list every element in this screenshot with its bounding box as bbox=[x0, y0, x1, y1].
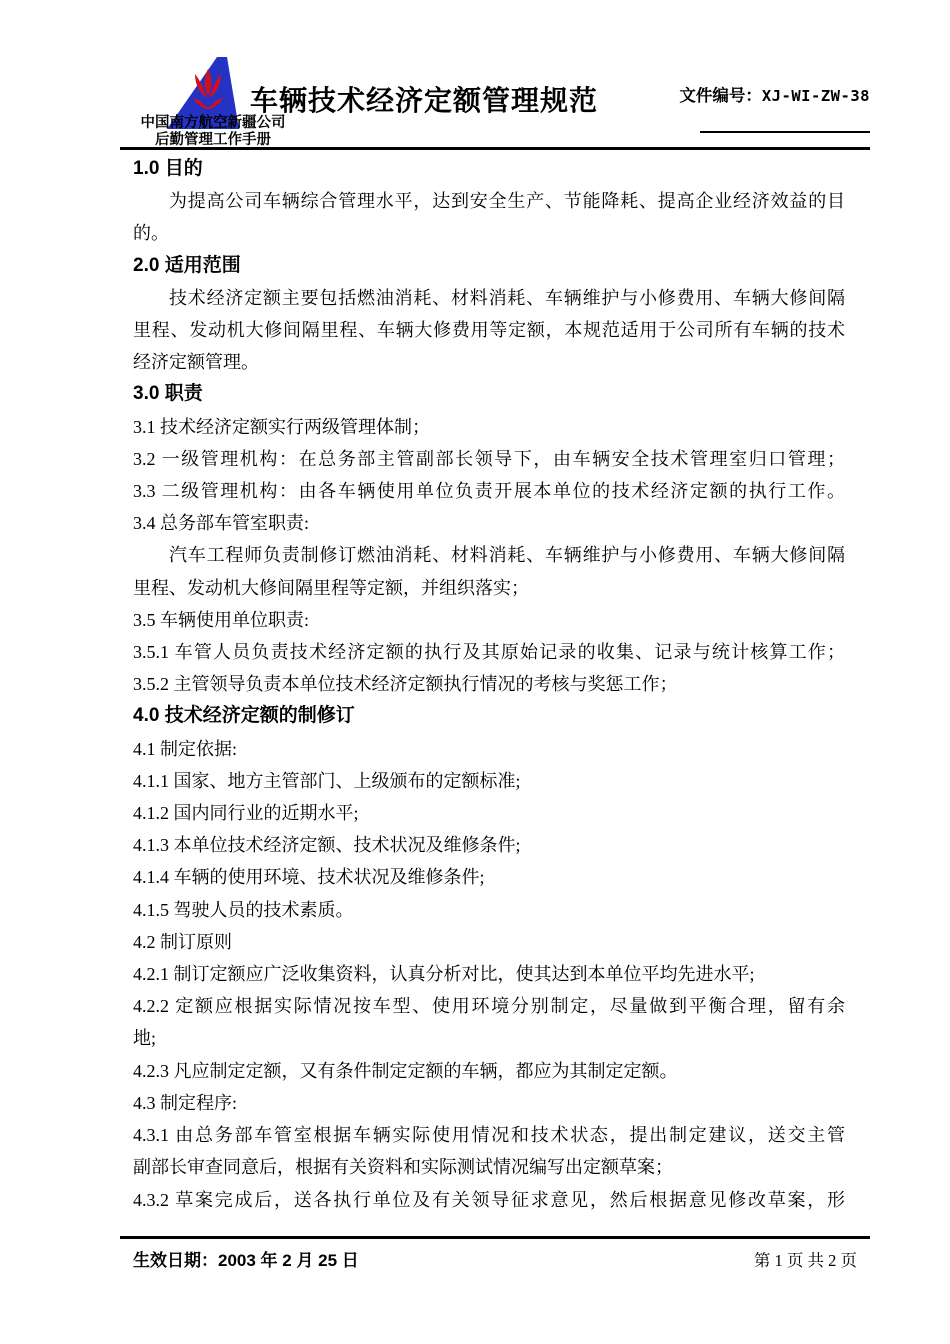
content-line: 经济定额管理。 bbox=[133, 346, 845, 378]
content-line: 4.1.3 本单位技术经济定额、技术状况及维修条件; bbox=[133, 829, 845, 861]
content-line: 汽车工程师负责制修订燃油消耗、材料消耗、车辆维护与小修费用、车辆大修间隔 bbox=[133, 539, 845, 571]
page-number: 第 1 页 共 2 页 bbox=[754, 1247, 857, 1271]
doc-number: 文件编号：XJ-WI-ZW-38 bbox=[679, 82, 870, 106]
effective-date-label: 生效日期： bbox=[133, 1251, 218, 1270]
content-line: 4.3.1 由总务部车管室根据车辆实际使用情况和技术状态，提出制定建议，送交主管 bbox=[133, 1119, 845, 1151]
section-heading: 4.0 技术经济定额的制修订 bbox=[133, 700, 845, 732]
doc-number-underline bbox=[700, 131, 870, 133]
doc-number-code: XJ-WI-ZW-38 bbox=[762, 87, 870, 105]
section-heading: 1.0 目的 bbox=[133, 153, 845, 185]
content-line: 技术经济定额主要包括燃油消耗、材料消耗、车辆维护与小修费用、车辆大修间隔 bbox=[133, 282, 845, 314]
document-body: 1.0 目的为提高公司车辆综合管理水平，达到安全生产、节能降耗、提高企业经济效益… bbox=[133, 153, 845, 1216]
content-line: 4.2.2 定额应根据实际情况按车型、使用环境分别制定，尽量做到平衡合理，留有余 bbox=[133, 990, 845, 1022]
content-line: 3.3 二级管理机构：由各车辆使用单位负责开展本单位的技术经济定额的执行工作。 bbox=[133, 475, 845, 507]
content-line: 里程、发动机大修间隔里程等定额，并组织落实； bbox=[133, 572, 845, 604]
content-line: 4.1.1 国家、地方主管部门、上级颁布的定额标准; bbox=[133, 765, 845, 797]
document-title: 车辆技术经济定额管理规范 bbox=[250, 79, 580, 119]
content-line: 3.5.2 主管领导负责本单位技术经济定额执行情况的考核与奖惩工作； bbox=[133, 668, 845, 700]
content-line: 3.2 一级管理机构：在总务部主管副部长领导下，由车辆安全技术管理室归口管理； bbox=[133, 443, 845, 475]
content-line: 副部长审查同意后，根据有关资料和实际测试情况编写出定额草案； bbox=[133, 1151, 845, 1183]
header-divider-line bbox=[120, 147, 870, 150]
content-line: 3.5.1 车管人员负责技术经济定额的执行及其原始记录的收集、记录与统计核算工作… bbox=[133, 636, 845, 668]
doc-number-label: 文件编号： bbox=[679, 87, 762, 105]
effective-date: 生效日期：2003 年 2 月 25 日 bbox=[133, 1246, 359, 1271]
section-heading: 3.0 职责 bbox=[133, 378, 845, 410]
company-block: 中国南方航空新疆公司 后勤管理工作手册 bbox=[128, 115, 298, 149]
document-page: 中国南方航空新疆公司 后勤管理工作手册 车辆技术经济定额管理规范 文件编号：XJ… bbox=[0, 0, 950, 1344]
document-footer: 生效日期：2003 年 2 月 25 日 第 1 页 共 2 页 bbox=[133, 1246, 857, 1271]
content-line: 为提高公司车辆综合管理水平，达到安全生产、节能降耗、提高企业经济效益的目 bbox=[133, 185, 845, 217]
content-line: 地; bbox=[133, 1022, 845, 1054]
content-line: 4.3.2 草案完成后，送各执行单位及有关领导征求意见，然后根据意见修改草案，形 bbox=[133, 1184, 845, 1216]
content-line: 里程、发动机大修间隔里程、车辆大修费用等定额，本规范适用于公司所有车辆的技术 bbox=[133, 314, 845, 346]
content-line: 4.1.2 国内同行业的近期水平; bbox=[133, 797, 845, 829]
content-line: 4.3 制定程序: bbox=[133, 1087, 845, 1119]
content-line: 4.1.5 驾驶人员的技术素质。 bbox=[133, 894, 845, 926]
content-line: 4.1 制定依据: bbox=[133, 733, 845, 765]
content-line: 的。 bbox=[133, 217, 845, 249]
content-line: 4.2.1 制订定额应广泛收集资料，认真分析对比，使其达到本单位平均先进水平; bbox=[133, 958, 845, 990]
content-line: 3.4 总务部车管室职责: bbox=[133, 507, 845, 539]
footer-divider-line bbox=[120, 1236, 870, 1239]
section-heading: 2.0 适用范围 bbox=[133, 250, 845, 282]
content-line: 4.1.4 车辆的使用环境、技术状况及维修条件; bbox=[133, 861, 845, 893]
content-line: 4.2 制订原则 bbox=[133, 926, 845, 958]
effective-date-value: 2003 年 2 月 25 日 bbox=[218, 1251, 359, 1270]
content-line: 3.1 技术经济定额实行两级管理体制； bbox=[133, 411, 845, 443]
content-line: 4.2.3 凡应制定定额，又有条件制定定额的车辆，都应为其制定定额。 bbox=[133, 1055, 845, 1087]
content-line: 3.5 车辆使用单位职责: bbox=[133, 604, 845, 636]
document-header: 中国南方航空新疆公司 后勤管理工作手册 车辆技术经济定额管理规范 文件编号：XJ… bbox=[120, 55, 870, 150]
